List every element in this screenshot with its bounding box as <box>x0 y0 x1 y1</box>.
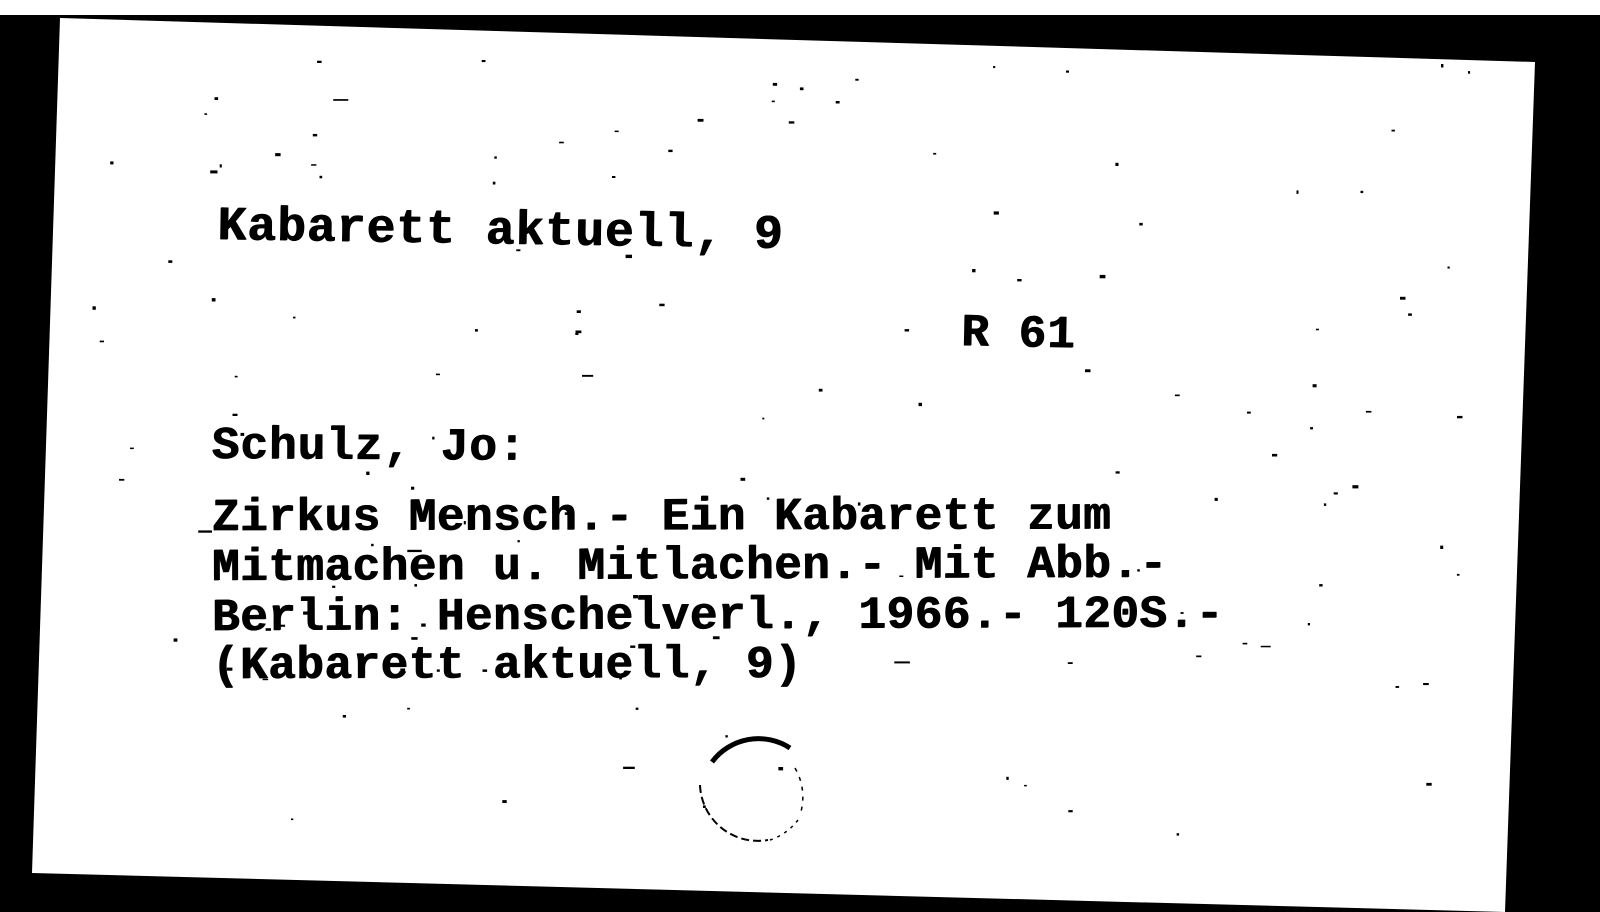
entry-line-subtitle: Mitmachen u. Mitlachen.- Mit Abb.- <box>212 539 1168 594</box>
scan-scene: Kabarett aktuell, 9 R 61 Schulz, Jo: Zir… <box>0 0 1600 912</box>
shelfmark: R 61 <box>961 307 1076 361</box>
series-heading: Kabarett aktuell, 9 <box>217 200 784 263</box>
entry-line-imprint: Berlin: Henschelverl., 1966.- 120S.- <box>212 588 1224 644</box>
author-name: Schulz, Jo: <box>212 420 527 474</box>
entry-line-title: Zirkus Mensch.- Ein Kabarett zum <box>212 490 1111 544</box>
entry-line-series: (Kabarett aktuell, 9) <box>212 639 802 692</box>
